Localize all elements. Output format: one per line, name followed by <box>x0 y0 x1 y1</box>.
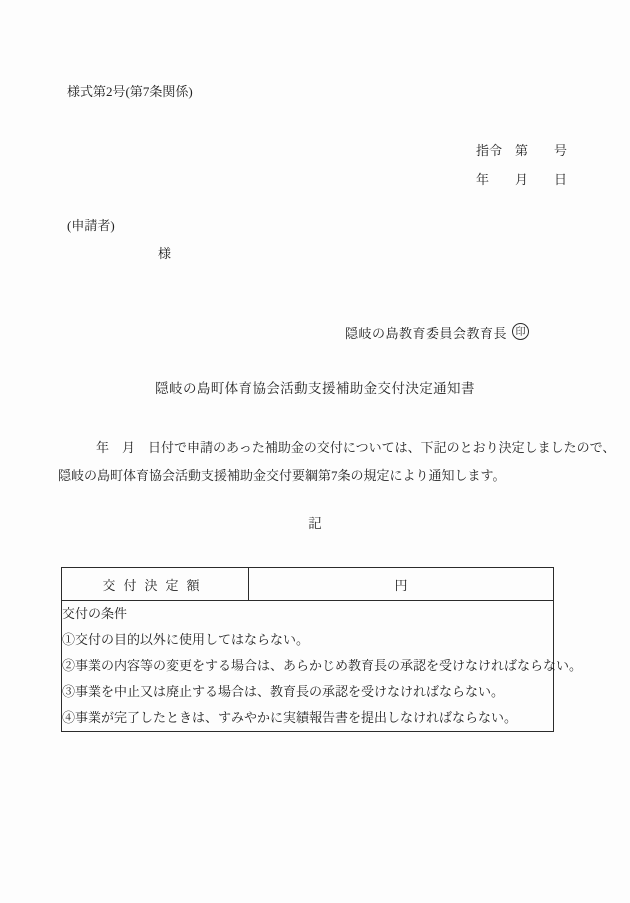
amount-label: 交付決定額 <box>62 568 249 601</box>
document-title: 隠岐の島町体育協会活動支援補助金交付決定通知書 <box>0 381 630 397</box>
addressee-honorific: 様 <box>158 246 171 262</box>
issue-date-line: 年 月 日 <box>476 165 567 194</box>
body-paragraph-line1: 年 月 日付で申請のあった補助金の交付については、下記のとおり決定しましたので、 <box>96 440 615 456</box>
condition-item-1: ①交付の目的以外に使用してはならない。 <box>62 627 553 653</box>
applicant-label: (申請者) <box>67 218 115 234</box>
conditions-row: 交付の条件 ①交付の目的以外に使用してはならない。 ②事業の内容等の変更をする場… <box>62 601 554 732</box>
form-number: 様式第2号(第7条関係) <box>67 84 193 100</box>
body-paragraph-line2: 隠岐の島町体育協会活動支援補助金交付要綱第7条の規定により通知します。 <box>58 468 505 484</box>
condition-item-3: ③事業を中止又は廃止する場合は、教育長の承認を受けなければならない。 <box>62 679 553 705</box>
document-page: 様式第2号(第7条関係) 指令 第 号 年 月 日 (申請者) 様 隠岐の島教育… <box>0 0 630 903</box>
condition-item-2: ②事業の内容等の変更をする場合は、あらかじめ教育長の承認を受けなければならない。 <box>62 653 553 679</box>
amount-value: 円 <box>249 568 554 601</box>
directive-header-block: 指令 第 号 年 月 日 <box>476 136 567 194</box>
condition-item-4: ④事業が完了したときは、すみやかに実績報告書を提出しなければならない。 <box>62 705 553 731</box>
grant-decision-table: 交付決定額 円 交付の条件 ①交付の目的以外に使用してはならない。 ②事業の内容… <box>61 567 554 732</box>
issuer-name: 隠岐の島教育委員会教育長 <box>345 326 507 342</box>
conditions-title: 交付の条件 <box>62 601 553 627</box>
official-seal-icon: 印 <box>512 323 529 340</box>
amount-row: 交付決定額 円 <box>62 568 554 601</box>
directive-number-line: 指令 第 号 <box>476 136 567 165</box>
record-marker: 記 <box>0 516 630 532</box>
conditions-cell: 交付の条件 ①交付の目的以外に使用してはならない。 ②事業の内容等の変更をする場… <box>62 601 554 732</box>
